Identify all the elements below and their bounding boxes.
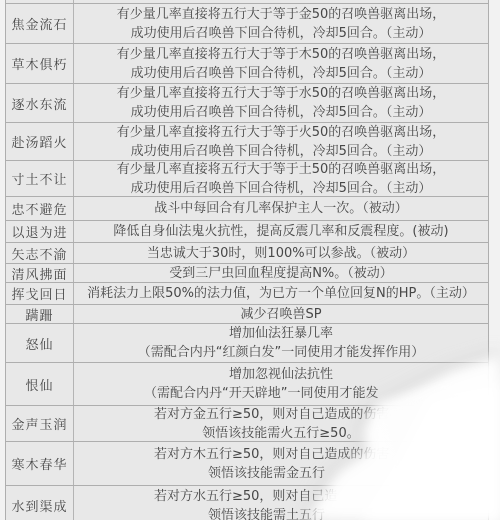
table-row: 蹒跚 减少召唤兽SP [5,305,489,324]
desc-line: 减少召唤兽SP [74,305,488,323]
skill-desc-cell: 有少量几率直接将五行大于等于水50的召唤兽驱离出场，成功使用后召唤兽下回合待机，… [74,84,488,122]
skill-desc-cell: 有少量几率直接将五行大于等于土50的召唤兽驱离出场，成功使用后召唤兽下回合待机，… [74,161,488,196]
skill-name-cell: 以退为进 [6,221,74,242]
desc-line: 有少量几率直接将五行大于等于金50的召唤兽驱离出场， [74,5,488,24]
table-row: 水到渠成 若对方水五行≥50，则对自己造领悟该技能需土五行 [5,486,489,520]
skill-name-cell: 清风拂面 [6,264,74,282]
desc-line: 有少量几率直接将五行大于等于火50的召唤兽驱离出场， [74,123,488,142]
skill-name-cell: 挥戈回日 [6,283,74,304]
skill-desc-cell: 减少召唤兽SP [74,305,488,323]
skill-table: 焦金流石 有少量几率直接将五行大于等于金50的召唤兽驱离出场，成功使用后召唤兽下… [5,0,489,520]
table-row: 寒木春华 若对方木五行≥50，则对自己造成的伤害领悟该技能需金五行 [5,442,489,486]
desc-line: 降低自身仙法鬼火抗性，提高反震几率和反震程度。(被动) [74,222,488,241]
desc-line: （需配合内丹“红颜白发”一同使用才能发挥作用） [74,343,488,362]
desc-line: 受到三尸虫回血程度提高N%。（被动） [74,264,488,282]
skill-desc-cell: 若对方木五行≥50，则对自己造成的伤害领悟该技能需金五行 [74,442,488,485]
table-row: 焦金流石 有少量几率直接将五行大于等于金50的召唤兽驱离出场，成功使用后召唤兽下… [5,4,489,44]
table-row: 以退为进 降低自身仙法鬼火抗性，提高反震几率和反震程度。(被动) [5,221,489,243]
table-row: 忠不避危 战斗中每回合有几率保护主人一次。（被动） [5,197,489,221]
desc-line: 有少量几率直接将五行大于等于水50的召唤兽驱离出场， [74,84,488,103]
table-row: 恨仙 增加忽视仙法抗性（需配合内丹“开天辟地”一同使用才能发 [5,363,489,406]
skill-desc-cell: 降低自身仙法鬼火抗性，提高反震几率和反震程度。(被动) [74,221,488,242]
table-row: 矢志不渝 当忠诚大于30时，则100%可以参战。（被动） [5,243,489,264]
desc-line: 有少量几率直接将五行大于等于木50的召唤兽驱离出场， [74,45,488,64]
desc-line: （需配合内丹“开天辟地”一同使用才能发 [74,384,488,403]
skill-desc-cell: 受到三尸虫回血程度提高N%。（被动） [74,264,488,282]
desc-line: 领悟该技能需土五行 [74,506,488,520]
desc-line: 成功使用后召唤兽下回合待机，冷却5回合。（主动） [74,142,488,161]
skill-name-cell: 怒仙 [6,324,74,362]
desc-line: 当忠诚大于30时，则100%可以参战。（被动） [74,244,488,263]
skill-desc-cell: 若对方金五行≥50，则对自己造成的伤害领悟该技能需火五行≥50。 [74,406,488,441]
skill-name-cell: 寒木春华 [6,442,74,485]
skill-desc-cell [74,0,488,3]
table-row: 寸土不让 有少量几率直接将五行大于等于土50的召唤兽驱离出场，成功使用后召唤兽下… [5,161,489,197]
desc-line: 若对方木五行≥50，则对自己造成的伤害 [74,445,488,464]
skill-name-cell: 寸土不让 [6,161,74,196]
skill-name-cell: 恨仙 [6,363,74,405]
skill-name-cell [6,0,74,3]
desc-line: 领悟该技能需火五行≥50。 [74,424,488,442]
skill-name-cell: 忠不避危 [6,197,74,220]
desc-line: 领悟该技能需金五行 [74,464,488,483]
table-row: 草木俱朽 有少量几率直接将五行大于等于木50的召唤兽驱离出场，成功使用后召唤兽下… [5,44,489,84]
table-row: 赴汤蹈火 有少量几率直接将五行大于等于火50的召唤兽驱离出场，成功使用后召唤兽下… [5,123,489,161]
table-row: 清风拂面 受到三尸虫回血程度提高N%。（被动） [5,264,489,283]
desc-line: 成功使用后召唤兽下回合待机，冷却5回合。（主动） [74,179,488,197]
table-row: 挥戈回日 消耗法力上限50%的法力值，为已方一个单位回复N的HP。（主动） [5,283,489,305]
skill-name-cell: 金声玉润 [6,406,74,441]
skill-desc-cell: 消耗法力上限50%的法力值，为已方一个单位回复N的HP。（主动） [74,283,488,304]
skill-desc-cell: 若对方水五行≥50，则对自己造领悟该技能需土五行 [74,486,488,520]
table-row: 怒仙 增加仙法狂暴几率（需配合内丹“红颜白发”一同使用才能发挥作用） [5,324,489,363]
skill-table-page: 焦金流石 有少量几率直接将五行大于等于金50的召唤兽驱离出场，成功使用后召唤兽下… [0,0,500,520]
desc-line: 成功使用后召唤兽下回合待机，冷却5回合。（主动） [74,24,488,43]
table-row: 逐水东流 有少量几率直接将五行大于等于水50的召唤兽驱离出场，成功使用后召唤兽下… [5,84,489,123]
skill-name-cell: 草木俱朽 [6,44,74,83]
skill-desc-cell: 有少量几率直接将五行大于等于木50的召唤兽驱离出场，成功使用后召唤兽下回合待机，… [74,44,488,83]
desc-line: 若对方水五行≥50，则对自己造 [74,487,488,506]
skill-desc-cell: 有少量几率直接将五行大于等于金50的召唤兽驱离出场，成功使用后召唤兽下回合待机，… [74,4,488,43]
table-row: 金声玉润 若对方金五行≥50，则对自己造成的伤害领悟该技能需火五行≥50。 [5,406,489,442]
skill-name-cell: 焦金流石 [6,4,74,43]
desc-line: 增加仙法狂暴几率 [74,324,488,343]
desc-line: 战斗中每回合有几率保护主人一次。（被动） [74,199,488,218]
skill-name-cell: 水到渠成 [6,486,74,520]
skill-desc-cell: 战斗中每回合有几率保护主人一次。（被动） [74,197,488,220]
skill-desc-cell: 增加仙法狂暴几率（需配合内丹“红颜白发”一同使用才能发挥作用） [74,324,488,362]
skill-name-cell: 逐水东流 [6,84,74,122]
skill-desc-cell: 增加忽视仙法抗性（需配合内丹“开天辟地”一同使用才能发 [74,363,488,405]
desc-line: 增加忽视仙法抗性 [74,365,488,384]
skill-desc-cell: 有少量几率直接将五行大于等于火50的召唤兽驱离出场，成功使用后召唤兽下回合待机，… [74,123,488,160]
skill-desc-cell: 当忠诚大于30时，则100%可以参战。（被动） [74,243,488,263]
desc-line: 若对方金五行≥50，则对自己造成的伤害 [74,406,488,424]
desc-line: 消耗法力上限50%的法力值，为已方一个单位回复N的HP。（主动） [74,284,488,303]
desc-line: 成功使用后召唤兽下回合待机，冷却5回合。（主动） [74,103,488,122]
desc-line: 成功使用后召唤兽下回合待机，冷却5回合。（主动） [74,64,488,83]
skill-name-cell: 赴汤蹈火 [6,123,74,160]
desc-line: 有少量几率直接将五行大于等于土50的召唤兽驱离出场， [74,161,488,179]
skill-name-cell: 蹒跚 [6,305,74,323]
skill-name-cell: 矢志不渝 [6,243,74,263]
